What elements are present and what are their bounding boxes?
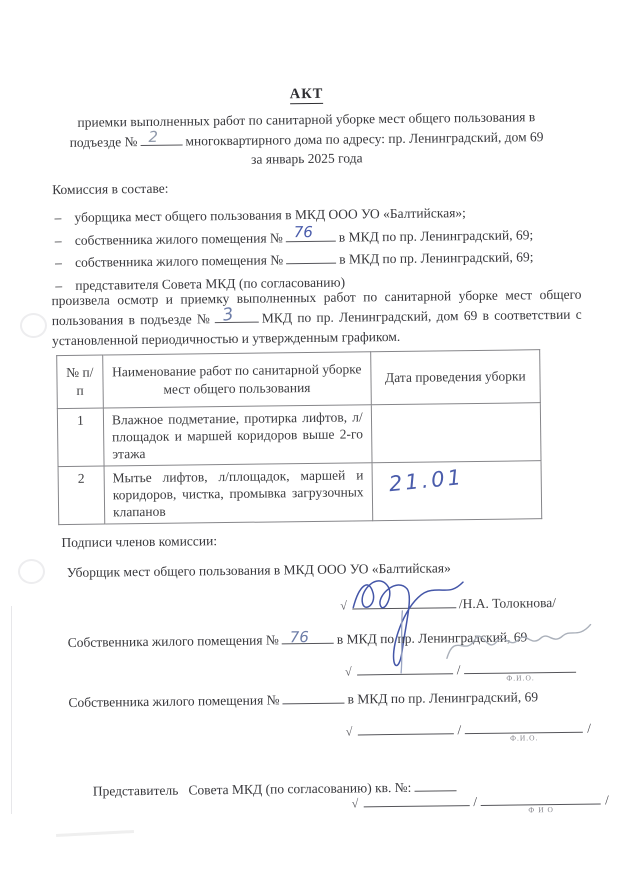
doc-title-text: АКТ <box>290 86 324 104</box>
header-date: Дата проведения уборки <box>370 350 540 405</box>
doc-subtitle: приемки выполненных работ по санитарной … <box>44 107 569 172</box>
work-table: № п/п Наименование работ по санитарной у… <box>56 349 542 525</box>
owner2-apartment-blank <box>282 690 344 705</box>
apartment-number-handwriting: 76 <box>294 221 313 244</box>
owner1-signature-line: √/Ф.И.О. <box>345 659 580 680</box>
entrance-number-blank-2: 3 <box>215 309 259 324</box>
owner1-signature-blank <box>357 660 453 675</box>
signatures-heading: Подписи членов комиссии: <box>61 533 217 551</box>
doc-title: АКТ <box>0 82 617 107</box>
tick-mark: √ <box>346 725 353 739</box>
fio-label: Ф И О <box>528 805 554 814</box>
tick-mark: √ <box>345 665 352 679</box>
table-row: 1 Влажное подметание, протирка лифтов, л… <box>57 403 541 467</box>
fio-label: Ф.И.О. <box>510 733 538 742</box>
owner2-name-blank: Ф.И.О. <box>465 719 583 734</box>
table-row: 2 Мытье лифтов, л/площадок, маршей и кор… <box>58 461 542 525</box>
fio-label: Ф.И.О. <box>506 673 534 682</box>
owner1-apartment-handwriting: 76 <box>290 628 309 646</box>
apartment-number-blank: 76 <box>286 227 336 242</box>
owner1-role-line: Собственника жилого помещения №76в МКД п… <box>68 627 588 651</box>
representative-name-blank: Ф И О <box>481 790 601 805</box>
entrance-number-handwriting: 2 <box>148 128 158 148</box>
document-page: АКТ приемки выполненных работ по санитар… <box>0 0 621 877</box>
header-num: № п/п <box>57 355 104 409</box>
owner1-apartment-blank: 76 <box>282 630 334 645</box>
representative-apartment-blank <box>414 777 456 792</box>
owner2-signature-line: √/Ф.И.О./ <box>346 719 592 740</box>
cleaner-name: /Н.А. Толокнова/ <box>459 595 556 611</box>
owner2-role-line: Собственника жилого помещения №в МКД по … <box>68 687 588 711</box>
apartment-number-blank-empty <box>286 250 336 265</box>
commission-member-list: – уборщика мест общего пользования в МКД… <box>52 201 581 297</box>
cleaner-role-line: Уборщик мест общего пользования в МКД ОО… <box>67 559 587 581</box>
representative-signature-blank <box>363 792 469 807</box>
cleaner-signature-line: √/Н.А. Толокнова/ <box>340 593 556 614</box>
owner1-name-blank: Ф.И.О. <box>464 659 576 674</box>
document-content: АКТ приемки выполненных работ по санитар… <box>0 0 621 877</box>
representative-signature-line: √/Ф И О/ <box>352 790 610 811</box>
commission-heading: Комиссия в составе: <box>52 181 168 198</box>
tick-mark: √ <box>352 796 359 810</box>
table-header-row: № п/п Наименование работ по санитарной у… <box>57 350 541 409</box>
body-paragraph: произвела осмотр и приемку выполненных р… <box>51 285 582 351</box>
entrance-number-handwriting-2: 3 <box>221 304 235 325</box>
cleaner-signature-blank <box>352 594 456 609</box>
date-cell-1 <box>371 403 541 463</box>
entrance-number-blank: 2 <box>140 131 182 146</box>
owner2-signature-blank <box>357 720 453 735</box>
tick-mark: √ <box>340 599 347 613</box>
header-work: Наименование работ по санитарной уборке … <box>103 352 371 408</box>
